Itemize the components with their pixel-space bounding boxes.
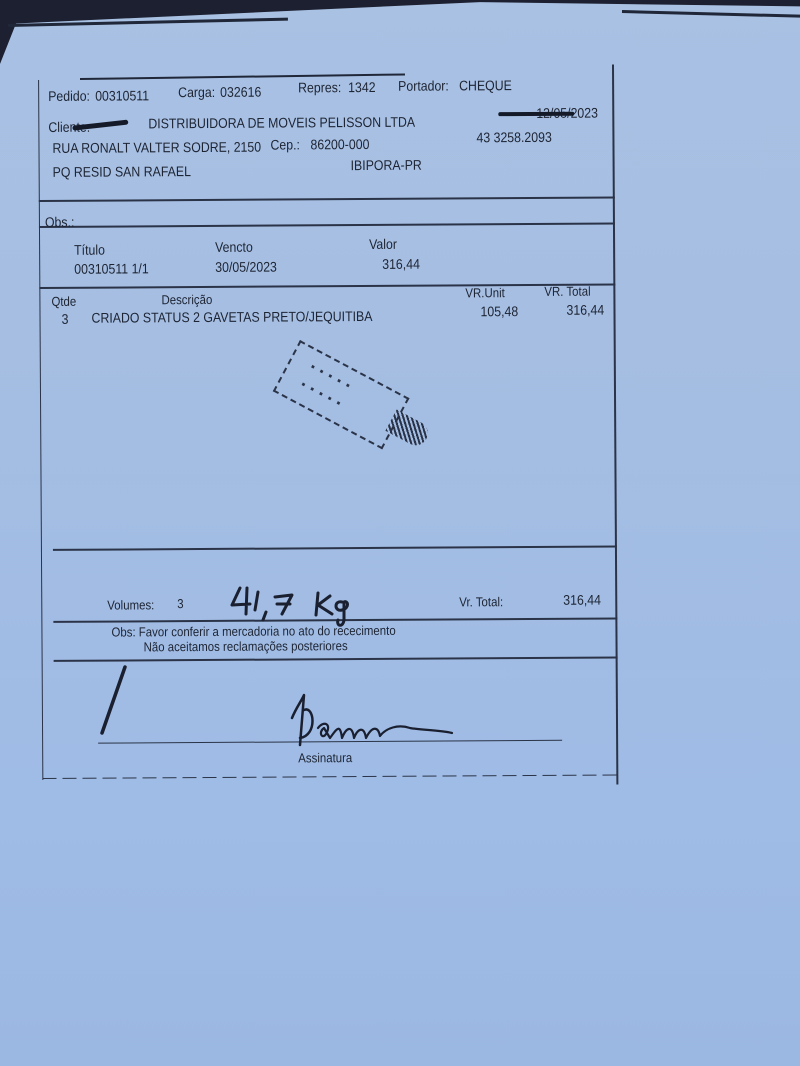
handwriting	[0, 0, 800, 1066]
handwritten-4	[232, 588, 250, 614]
